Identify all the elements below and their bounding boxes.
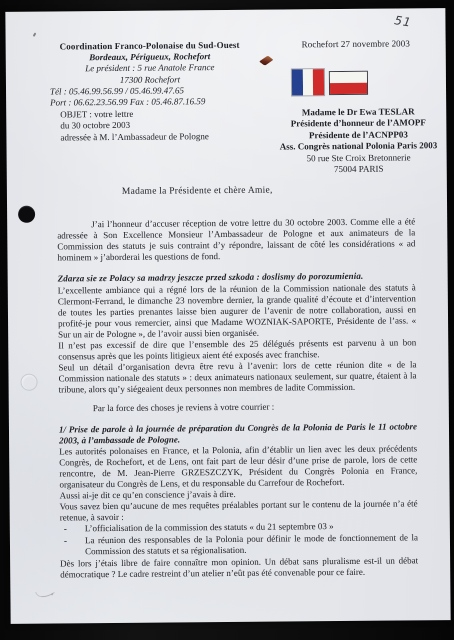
bullet-list: - L’officialisation de la commission des… bbox=[60, 521, 418, 557]
bullet-item-2: - La réunion des responsables de la Polo… bbox=[60, 532, 418, 557]
bullet-dash-icon: - bbox=[64, 535, 67, 546]
bullet-item-1-text: L’officialisation de la commission des s… bbox=[85, 522, 334, 534]
transition-line: Par la force des choses je reviens à vot… bbox=[59, 400, 417, 414]
section-heading-1: 1/ Prise de parole à la journée de prépa… bbox=[59, 421, 417, 446]
salutation: Madame la Présidente et chère Amie, bbox=[55, 8, 415, 198]
bullet-dash-icon: - bbox=[64, 524, 67, 535]
paragraph-7: Vous savez bien qu’aucune de mes requête… bbox=[60, 499, 418, 524]
bullet-item-2-text: La réunion des responsables de la Poloni… bbox=[85, 532, 418, 556]
paragraph-2: L’excellente ambiance qui a régné lors d… bbox=[58, 282, 416, 341]
paragraph-3: Il n’est pas excessif de dire que l’ense… bbox=[58, 337, 416, 362]
scanner-background: { "scan": { "handwritten_page_number": "… bbox=[0, 0, 454, 640]
scan-speck-mark bbox=[33, 32, 37, 36]
faint-ring-mark bbox=[20, 374, 37, 391]
paragraph-1: J’ai l’honneur d’accuser réception de vo… bbox=[57, 216, 415, 263]
pen-squiggle-mark bbox=[35, 584, 55, 601]
letter-body: Madame la Présidente et chère Amie, J’ai… bbox=[55, 8, 418, 580]
hole-punch-mark bbox=[18, 206, 35, 223]
scanned-letter-page: 51 Coordination Franco-Polonaise du Sud-… bbox=[5, 8, 450, 624]
paragraph-4: Seul un détail d’organisation devra être… bbox=[58, 360, 416, 396]
paragraph-8: Dès lors j’étais libre de faire connaîtr… bbox=[60, 555, 418, 580]
paragraph-5: Les autorités polonaises en France, et l… bbox=[59, 443, 417, 490]
